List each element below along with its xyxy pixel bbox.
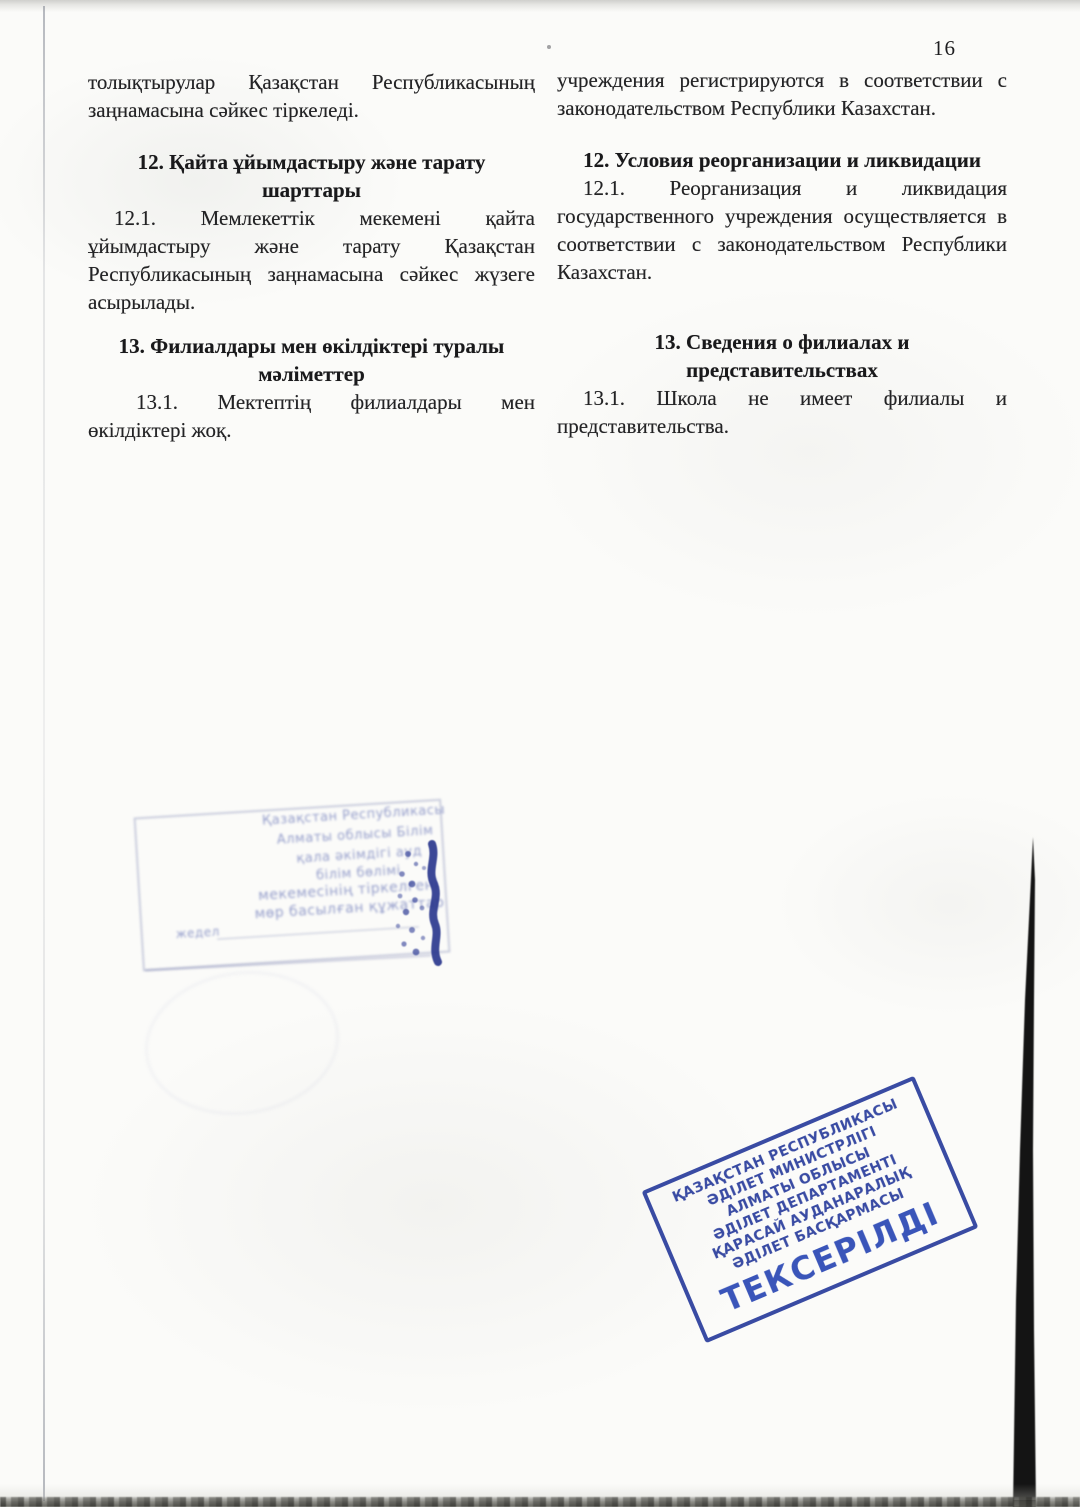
text-line: учреждения регистрируются в соответствии…	[557, 66, 1007, 94]
left-section12-paragraph: 12.1. Мемлекеттік мекемені қайта ұйымдас…	[88, 204, 535, 316]
heading-line: шарттары	[88, 176, 535, 204]
right-section12-paragraph: 12.1. Реорганизация и ликвидация государ…	[557, 174, 1007, 286]
text-line: асырылады.	[88, 288, 535, 316]
text-line: законодательством Республики Казахстан.	[557, 94, 1007, 122]
text-line: 13.1. Школа не имеет филиалы и	[557, 384, 1007, 412]
right-section12-heading: 12. Условия реорганизации и ликвидации	[557, 146, 1007, 174]
right-section13-heading: 13. Сведения о филиалах и представительс…	[557, 328, 1007, 384]
scan-speck	[547, 45, 551, 49]
right-intro-paragraph: учреждения регистрируются в соответствии…	[557, 66, 1007, 122]
heading-line: 12. Условия реорганизации и ликвидации	[557, 146, 1007, 174]
text-line: 13.1. Мектептің филиалдары мен	[88, 388, 535, 416]
verification-stamp: ҚАЗАҚСТАН РЕСПУБЛИКАСЫ ӘДІЛЕТ МИНИСТРЛІГ…	[642, 1076, 979, 1344]
text-line: соответствии с законодательством Республ…	[557, 230, 1007, 258]
left-section13-heading: 13. Филиалдары мен өкілдіктері туралы мә…	[88, 332, 535, 388]
ink-signature-blob	[388, 838, 450, 975]
right-section13-paragraph: 13.1. Школа не имеет филиалы и представи…	[557, 384, 1007, 440]
left-section12-heading: 12. Қайта ұйымдастыру және тарату шартта…	[88, 148, 535, 204]
text-line: ұйымдастыру және тарату Қазақстан	[88, 232, 535, 260]
page-number: 16	[933, 36, 973, 61]
text-line: толықтырулар Қазақстан Республикасының	[88, 68, 535, 96]
left-intro-paragraph: толықтырулар Қазақстан Республикасының з…	[88, 68, 535, 124]
text-line: Республикасының заңнамасына сәйкес жүзег…	[88, 260, 535, 288]
text-line: Казахстан.	[557, 258, 1007, 286]
heading-line: представительствах	[557, 356, 1007, 384]
text-line: заңнамасына сәйкес тіркеледі.	[88, 96, 535, 124]
scan-edge-shadow-right	[980, 830, 1050, 1507]
heading-line: 13. Филиалдары мен өкілдіктері туралы	[88, 332, 535, 360]
text-line: государственного учреждения осуществляет…	[557, 202, 1007, 230]
text-line: 12.1. Реорганизация и ликвидация	[557, 174, 1007, 202]
faint-round-stamp-trace	[136, 959, 348, 1127]
heading-line: 12. Қайта ұйымдастыру және тарату	[88, 148, 535, 176]
left-section13-paragraph: 13.1. Мектептің филиалдары мен өкілдікте…	[88, 388, 535, 444]
heading-line: мәліметтер	[88, 360, 535, 388]
left-margin-scan-line	[43, 6, 45, 1501]
scan-edge-top	[0, 0, 1080, 12]
ink-blob-drawing	[388, 838, 450, 970]
text-line: өкілдіктері жоқ.	[88, 416, 535, 444]
text-line: представительства.	[557, 412, 1007, 440]
heading-line: 13. Сведения о филиалах и	[557, 328, 1007, 356]
scan-edge-bottom	[0, 1497, 1080, 1507]
scanned-document-page: 16 толықтырулар Қазақстан Республикасыны…	[0, 0, 1080, 1507]
text-line: 12.1. Мемлекеттік мекемені қайта	[88, 204, 535, 232]
scan-shadow-shape	[980, 830, 1050, 1507]
